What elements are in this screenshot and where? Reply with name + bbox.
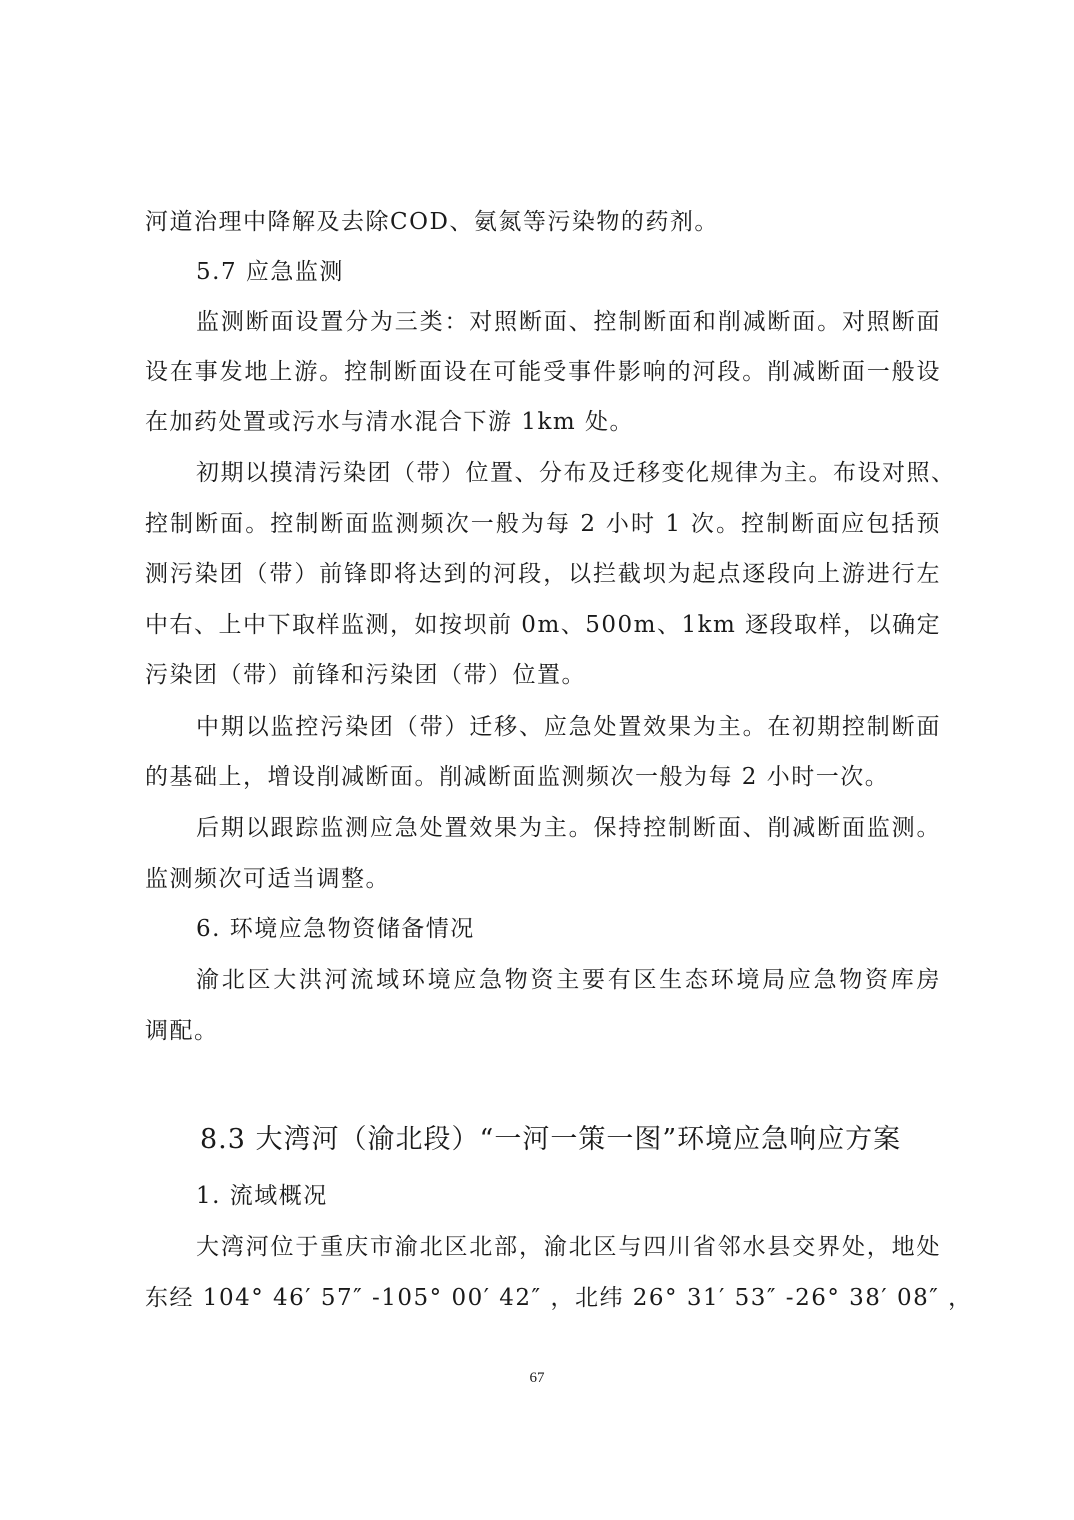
text-line: 在加药处置或污水与清水混合下游 1km 处。	[145, 407, 945, 437]
text-line: 中右、上中下取样监测，如按坝前 0m、500m、1km 逐段取样，以确定	[145, 610, 941, 640]
text-line: 的基础上，增设削减断面。削减断面监测频次一般为每 2 小时一次。	[145, 762, 945, 792]
text-line: 中期以监控污染团（带）迁移、应急处置效果为主。在初期控制断面	[196, 712, 941, 742]
section-heading-6: 6. 环境应急物资储备情况	[196, 914, 996, 944]
text-line: 调配。	[145, 1016, 945, 1046]
text-line: 污染团（带）前锋和污染团（带）位置。	[145, 660, 945, 690]
text-line: 控制断面。控制断面监测频次一般为每 2 小时 1 次。控制断面应包括预	[145, 509, 941, 539]
section-heading-8-3: 8.3 大湾河（渝北段）“一河一策一图”环境应急响应方案	[200, 1125, 1000, 1155]
text-line: 东经 104° 46′ 57″ -105° 00′ 42″ ，北纬 26° 31…	[145, 1283, 941, 1313]
text-line: 监测断面设置分为三类：对照断面、控制断面和削减断面。对照断面	[196, 307, 941, 337]
text-line: 河道治理中降解及去除COD、氨氮等污染物的药剂。	[145, 207, 945, 237]
text-line: 监测频次可适当调整。	[145, 864, 945, 894]
text-line: 设在事发地上游。控制断面设在可能受事件影响的河段。削减断面一般设	[145, 357, 941, 387]
page-number: 67	[0, 1370, 1074, 1387]
text-line: 大湾河位于重庆市渝北区北部，渝北区与四川省邻水县交界处，地处	[196, 1232, 941, 1262]
text-line: 初期以摸清污染团（带）位置、分布及迁移变化规律为主。布设对照、	[196, 458, 941, 488]
text-line: 后期以跟踪监测应急处置效果为主。保持控制断面、削减断面监测。	[196, 813, 941, 843]
text-line: 渝北区大洪河流域环境应急物资主要有区生态环境局应急物资库房	[196, 965, 941, 995]
section-heading-5-7: 5.7 应急监测	[196, 257, 996, 287]
section-heading-1: 1. 流域概况	[196, 1181, 996, 1211]
text-line: 测污染团（带）前锋即将达到的河段，以拦截坝为起点逐段向上游进行左	[145, 559, 941, 589]
